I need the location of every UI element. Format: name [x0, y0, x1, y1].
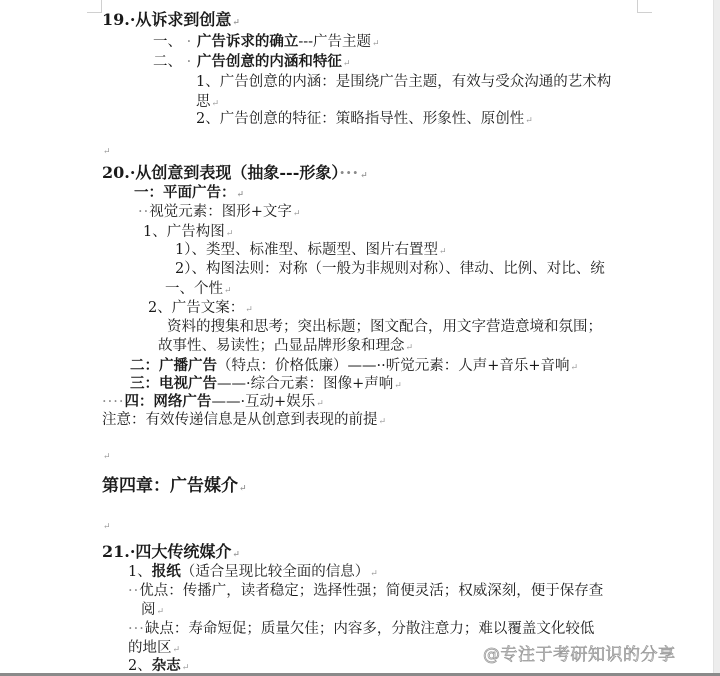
list-item: 二、 · 广告创意的内涵和特征↵ — [153, 52, 350, 74]
page-edge — [713, 0, 720, 676]
section-19-heading: 19.·从诉求到创意↵ — [102, 10, 240, 33]
empty-paragraph: ↵ — [102, 445, 111, 467]
paragraph: 2）、构图法则：对称（一般为非规则对称）、律动、比例、对比、统 — [175, 259, 605, 279]
paragraph: 1、广告创意的内涵：是围绕广告主题，有效与受众沟通的艺术构 — [196, 72, 611, 92]
paragraph: ··优点：传播广，读者稳定；选择性强；简便灵活；权威深刻，便于保存查 — [128, 581, 603, 601]
empty-paragraph: ↵ — [102, 515, 111, 537]
paragraph: 故事性、易读性；凸显品牌形象和理念↵ — [158, 336, 413, 358]
paragraph: 2、广告创意的特征：策略指导性、形象性、原创性↵ — [196, 109, 533, 131]
page-corner-mark — [637, 0, 652, 13]
chapter-heading: 第四章：广告媒介↵ — [102, 476, 247, 499]
note-paragraph: 注意：有效传递信息是从创意到表现的前提↵ — [102, 410, 386, 432]
paragraph: ···缺点：寿命短促；质量欠佳；内容多，分散注意力；难以覆盖文化较低 — [128, 619, 594, 639]
empty-paragraph: ↵ — [102, 140, 111, 162]
paragraph: 资料的搜集和思考；突出标题；图文配合，用文字营造意境和氛围； — [167, 317, 602, 337]
list-item: 一、 · 广告诉求的确立---广告主题↵ — [153, 32, 380, 54]
watermark: @专注于考研知识的分享 — [483, 640, 676, 665]
paragraph: ··视觉元素：图形+文字↵ — [138, 202, 300, 224]
page-corner-mark — [87, 0, 102, 13]
